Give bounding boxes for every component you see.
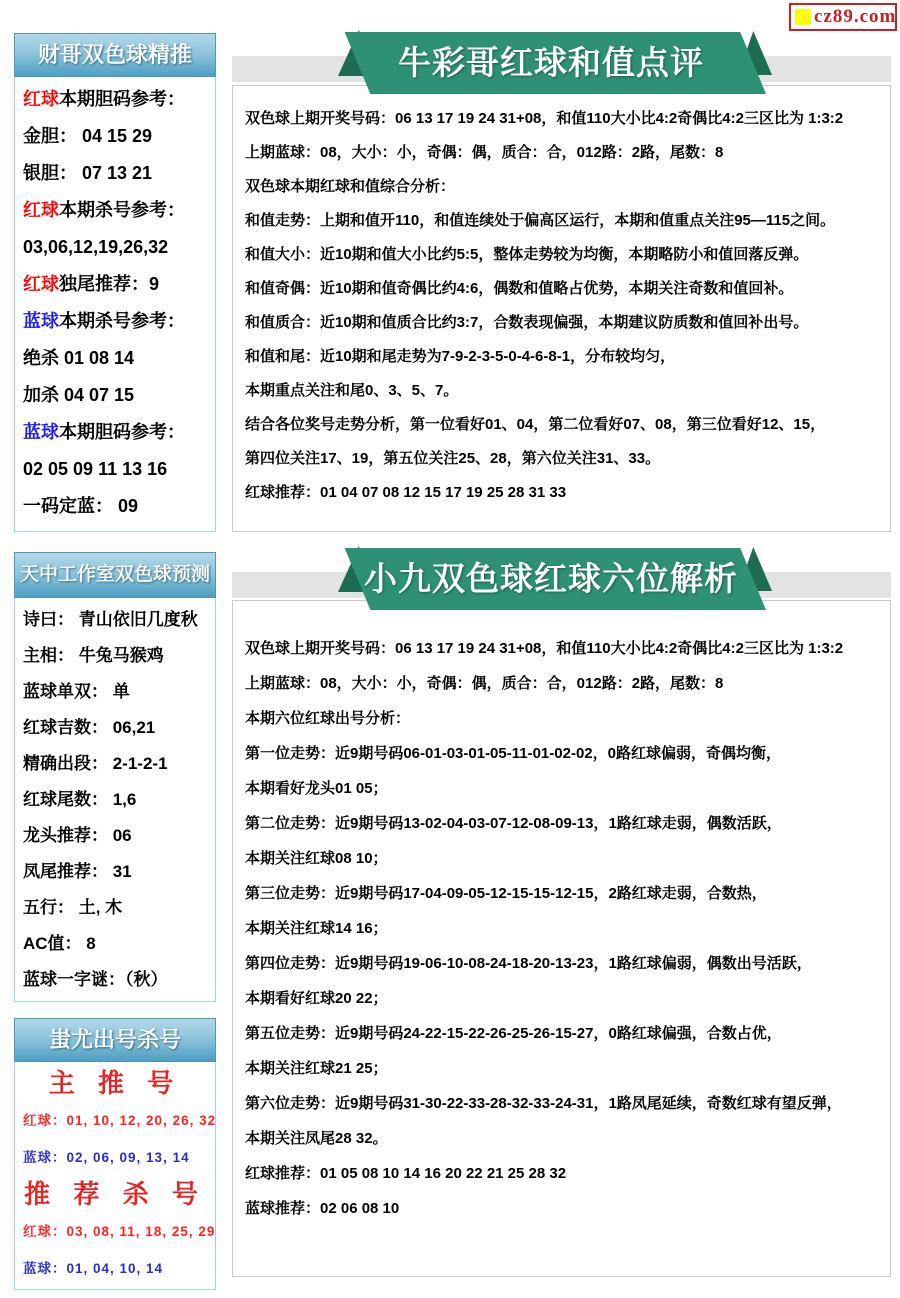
text-segment: 蓝球一字谜：（秋） — [23, 970, 168, 989]
page: { "colors": { "red": "#ff0000", "blue": … — [0, 0, 900, 1298]
text-segment: 和值大小：近10期和值大小比约5:5，整体走势较为均衡，本期略防小和值回落反弹。 — [245, 246, 808, 263]
sidebar-box-caige: 财哥双色球精推 红球本期胆码参考：金胆： 04 15 29银胆： 07 13 2… — [14, 33, 216, 532]
text-line: 蓝球一字谜：（秋） — [23, 962, 215, 998]
text-segment: 绝杀 01 08 14 — [23, 348, 134, 368]
text-segment: 本期关注红球14 16； — [245, 920, 388, 937]
text-line: 红球推荐：01 05 08 10 14 16 20 22 21 25 28 32 — [245, 1156, 878, 1191]
text-line: 一码定蓝： 09 — [23, 488, 215, 525]
text-segment: 第三位走势：近9期号码17-04-09-05-12-15-15-12-15，2路… — [245, 885, 767, 902]
text-line: 金胆： 04 15 29 — [23, 118, 215, 155]
text-segment: 红球尾数： 1,6 — [23, 790, 136, 809]
text-line: 第二位走势：近9期号码13-02-04-03-07-12-08-09-13，1路… — [245, 806, 878, 841]
text-line: 和值奇偶：近10期和值奇偶比约4:6，偶数和值略占优势，本期关注奇数和值回补。 — [245, 272, 878, 306]
text-line: 蓝球单双： 单 — [23, 674, 215, 710]
text-line: 双色球上期开奖号码：06 13 17 19 24 31+08，和值110大小比4… — [245, 631, 878, 666]
text-segment: 和值走势：上期和值开110，和值连续处于偏高区运行，本期和值重点关注95—115… — [245, 212, 835, 229]
text-segment: 第四位走势：近9期号码19-06-10-08-24-18-20-13-23，1路… — [245, 955, 812, 972]
text-segment: 本期杀号参考： — [59, 311, 185, 331]
yellow-square-icon — [795, 9, 811, 25]
text-line: 加杀 04 07 15 — [23, 377, 215, 414]
text-segment: 精确出段： 2-1-2-1 — [23, 754, 168, 773]
text-segment: 蓝球 — [23, 422, 59, 442]
sidebar-box-caige-body: 红球本期胆码参考：金胆： 04 15 29银胆： 07 13 21红球本期杀号参… — [14, 77, 216, 532]
text-line: 红球推荐：01 04 07 08 12 15 17 19 25 28 31 33 — [245, 476, 878, 510]
text-line: 双色球本期红球和值综合分析： — [245, 170, 878, 204]
text-segment: 蓝球：02, 06, 09, 13, 14 — [23, 1150, 190, 1165]
text-line: 绝杀 01 08 14 — [23, 340, 215, 377]
text-segment: 本期重点关注和尾0、3、5、7。 — [245, 382, 458, 399]
text-line: 蓝球本期胆码参考： — [23, 414, 215, 451]
text-segment: 第五位走势：近9期号码24-22-15-22-26-25-26-15-27，0路… — [245, 1025, 782, 1042]
text-segment: 和值质合：近10期和值质合比约3:7，合数表现偏强，本期建议防质数和值回补出号。 — [245, 314, 808, 331]
text-line: 第五位走势：近9期号码24-22-15-22-26-25-26-15-27，0路… — [245, 1016, 878, 1051]
text-line: 本期六位红球出号分析： — [245, 701, 878, 736]
text-line: 红球：01, 10, 12, 20, 26, 32 — [15, 1102, 215, 1139]
text-segment: 第一位走势：近9期号码06-01-03-01-05-11-01-02-02，0路… — [245, 745, 781, 762]
sidebar-box-caige-title: 财哥双色球精推 — [14, 33, 216, 77]
text-line: AC值： 8 — [23, 926, 215, 962]
text-segment: 金胆： 04 15 29 — [23, 126, 152, 146]
text-segment: 主 推 号 — [49, 1068, 181, 1098]
text-line: 蓝球本期杀号参考： — [23, 303, 215, 340]
text-line: 第三位走势：近9期号码17-04-09-05-12-15-15-12-15，2路… — [245, 876, 878, 911]
sidebar-box-tianzhong-body: 诗曰： 青山依旧几度秋主相： 牛兔马猴鸡蓝球单双： 单红球吉数： 06,21精确… — [14, 598, 216, 1002]
text-segment: 蓝球单双： 单 — [23, 682, 130, 701]
text-segment: 红球：01, 10, 12, 20, 26, 32 — [23, 1113, 216, 1128]
text-segment: 02 05 09 11 13 16 — [23, 459, 167, 479]
text-segment: 红球：03, 08, 11, 18, 25, 29 — [23, 1224, 215, 1239]
text-line: 红球：03, 08, 11, 18, 25, 29 — [15, 1213, 215, 1250]
text-line: 结合各位奖号走势分析，第一位看好01、04，第二位看好07、08，第三位看好12… — [245, 408, 878, 442]
sidebar-box-tianzhong-title: 天中工作室双色球预测 — [14, 552, 216, 598]
text-segment: 五行： 土, 木 — [23, 898, 122, 917]
text-segment: 红球吉数： 06,21 — [23, 718, 155, 737]
text-line: 和值和尾：近10期和尾走势为7-9-2-3-5-0-4-6-8-1，分布较均匀， — [245, 340, 878, 374]
text-segment: 蓝球推荐：02 06 08 10 — [245, 1200, 399, 1217]
panel1-title: 牛彩哥红球和值点评 — [336, 32, 766, 94]
text-line: 蓝球：02, 06, 09, 13, 14 — [15, 1139, 215, 1176]
text-line: 本期关注红球21 25； — [245, 1051, 878, 1086]
text-line: 双色球上期开奖号码：06 13 17 19 24 31+08，和值110大小比4… — [245, 102, 878, 136]
text-segment: 结合各位奖号走势分析，第一位看好01、04，第二位看好07、08，第三位看好12… — [245, 416, 825, 433]
text-segment: 上期蓝球：08，大小：小，奇偶：偶，质合：合，012路：2路，尾数：8 — [245, 144, 723, 161]
text-line: 03,06,12,19,26,32 — [23, 229, 215, 266]
text-line: 本期关注红球08 10； — [245, 841, 878, 876]
text-segment: 红球推荐：01 04 07 08 12 15 17 19 25 28 31 33 — [245, 484, 566, 501]
text-line: 红球本期杀号参考： — [23, 192, 215, 229]
text-line: 第六位走势：近9期号码31-30-22-33-28-32-33-24-31，1路… — [245, 1086, 878, 1121]
text-line: 推 荐 杀 号 — [15, 1176, 215, 1213]
text-line: 上期蓝球：08，大小：小，奇偶：偶，质合：合，012路：2路，尾数：8 — [245, 136, 878, 170]
text-segment: 独尾推荐：9 — [59, 274, 159, 294]
text-segment: 诗曰： 青山依旧几度秋 — [23, 610, 198, 629]
sidebar-box-tianzhong: 天中工作室双色球预测 诗曰： 青山依旧几度秋主相： 牛兔马猴鸡蓝球单双： 单红球… — [14, 552, 216, 1002]
text-line: 红球独尾推荐：9 — [23, 266, 215, 303]
site-logo-link[interactable]: cz89.com — [789, 3, 897, 31]
panel2-title: 小九双色球红球六位解析 — [336, 548, 766, 610]
text-segment: 本期胆码参考： — [59, 89, 185, 109]
text-segment: AC值： 8 — [23, 934, 96, 953]
text-line: 上期蓝球：08，大小：小，奇偶：偶，质合：合，012路：2路，尾数：8 — [245, 666, 878, 701]
text-segment: 本期看好龙头01 05； — [245, 780, 388, 797]
text-segment: 蓝球：01, 04, 10, 14 — [23, 1261, 163, 1276]
text-segment: 银胆： 07 13 21 — [23, 163, 152, 183]
text-segment: 本期胆码参考： — [59, 422, 185, 442]
text-line: 主 推 号 — [15, 1065, 215, 1102]
text-line: 蓝球推荐：02 06 08 10 — [245, 1191, 878, 1226]
text-line: 本期关注红球14 16； — [245, 911, 878, 946]
text-line: 银胆： 07 13 21 — [23, 155, 215, 192]
text-line: 第一位走势：近9期号码06-01-03-01-05-11-01-02-02，0路… — [245, 736, 878, 771]
text-line: 和值质合：近10期和值质合比约3:7，合数表现偏强，本期建议防质数和值回补出号。 — [245, 306, 878, 340]
text-segment: 本期看好红球20 22； — [245, 990, 388, 1007]
panel2-body: 双色球上期开奖号码：06 13 17 19 24 31+08，和值110大小比4… — [232, 600, 891, 1277]
text-line: 五行： 土, 木 — [23, 890, 215, 926]
text-segment: 龙头推荐： 06 — [23, 826, 132, 845]
text-line: 本期关注凤尾28 32。 — [245, 1121, 878, 1156]
text-segment: 本期杀号参考： — [59, 200, 185, 220]
text-segment: 推 荐 杀 号 — [24, 1179, 206, 1209]
sidebar-box-chiyou-body: 主 推 号红球：01, 10, 12, 20, 26, 32蓝球：02, 06,… — [14, 1062, 216, 1290]
text-line: 本期看好红球20 22； — [245, 981, 878, 1016]
text-segment: 加杀 04 07 15 — [23, 385, 134, 405]
text-segment: 第四位关注17、19，第五位关注25、28，第六位关注31、33。 — [245, 450, 660, 467]
text-line: 本期重点关注和尾0、3、5、7。 — [245, 374, 878, 408]
site-logo-text: cz89.com — [814, 6, 896, 28]
text-segment: 本期关注红球08 10； — [245, 850, 388, 867]
text-segment: 红球 — [23, 274, 59, 294]
text-segment: 双色球上期开奖号码：06 13 17 19 24 31+08，和值110大小比4… — [245, 640, 843, 657]
text-line: 精确出段： 2-1-2-1 — [23, 746, 215, 782]
text-segment: 凤尾推荐： 31 — [23, 862, 132, 881]
text-segment: 本期关注红球21 25； — [245, 1060, 388, 1077]
text-line: 红球尾数： 1,6 — [23, 782, 215, 818]
text-line: 和值大小：近10期和值大小比约5:5，整体走势较为均衡，本期略防小和值回落反弹。 — [245, 238, 878, 272]
text-segment: 一码定蓝： 09 — [23, 496, 138, 516]
text-line: 第四位关注17、19，第五位关注25、28，第六位关注31、33。 — [245, 442, 878, 476]
text-segment: 双色球本期红球和值综合分析： — [245, 178, 455, 195]
sidebar-box-chiyou: 蚩尤出号杀号 主 推 号红球：01, 10, 12, 20, 26, 32蓝球：… — [14, 1018, 216, 1290]
text-segment: 红球 — [23, 89, 59, 109]
text-segment: 和值奇偶：近10期和值奇偶比约4:6，偶数和值略占优势，本期关注奇数和值回补。 — [245, 280, 793, 297]
text-segment: 第二位走势：近9期号码13-02-04-03-07-12-08-09-13，1路… — [245, 815, 782, 832]
text-line: 蓝球：01, 04, 10, 14 — [15, 1250, 215, 1287]
text-segment: 红球 — [23, 200, 59, 220]
text-segment: 红球推荐：01 05 08 10 14 16 20 22 21 25 28 32 — [245, 1165, 566, 1182]
text-segment: 第六位走势：近9期号码31-30-22-33-28-32-33-24-31，1路… — [245, 1095, 842, 1112]
text-line: 02 05 09 11 13 16 — [23, 451, 215, 488]
text-segment: 蓝球 — [23, 311, 59, 331]
text-line: 红球吉数： 06,21 — [23, 710, 215, 746]
text-line: 龙头推荐： 06 — [23, 818, 215, 854]
text-segment: 本期六位红球出号分析： — [245, 710, 410, 727]
sidebar-box-chiyou-title: 蚩尤出号杀号 — [14, 1018, 216, 1062]
text-segment: 03,06,12,19,26,32 — [23, 237, 168, 257]
text-segment: 和值和尾：近10期和尾走势为7-9-2-3-5-0-4-6-8-1，分布较均匀， — [245, 348, 675, 365]
text-line: 第四位走势：近9期号码19-06-10-08-24-18-20-13-23，1路… — [245, 946, 878, 981]
text-segment: 本期关注凤尾28 32。 — [245, 1130, 388, 1147]
text-line: 和值走势：上期和值开110，和值连续处于偏高区运行，本期和值重点关注95—115… — [245, 204, 878, 238]
text-line: 诗曰： 青山依旧几度秋 — [23, 602, 215, 638]
text-segment: 主相： 牛兔马猴鸡 — [23, 646, 164, 665]
text-line: 凤尾推荐： 31 — [23, 854, 215, 890]
text-line: 主相： 牛兔马猴鸡 — [23, 638, 215, 674]
panel1-body: 双色球上期开奖号码：06 13 17 19 24 31+08，和值110大小比4… — [232, 85, 891, 532]
text-segment: 双色球上期开奖号码：06 13 17 19 24 31+08，和值110大小比4… — [245, 110, 843, 127]
text-line: 红球本期胆码参考： — [23, 81, 215, 118]
text-segment: 上期蓝球：08，大小：小，奇偶：偶，质合：合，012路：2路，尾数：8 — [245, 675, 723, 692]
text-line: 本期看好龙头01 05； — [245, 771, 878, 806]
